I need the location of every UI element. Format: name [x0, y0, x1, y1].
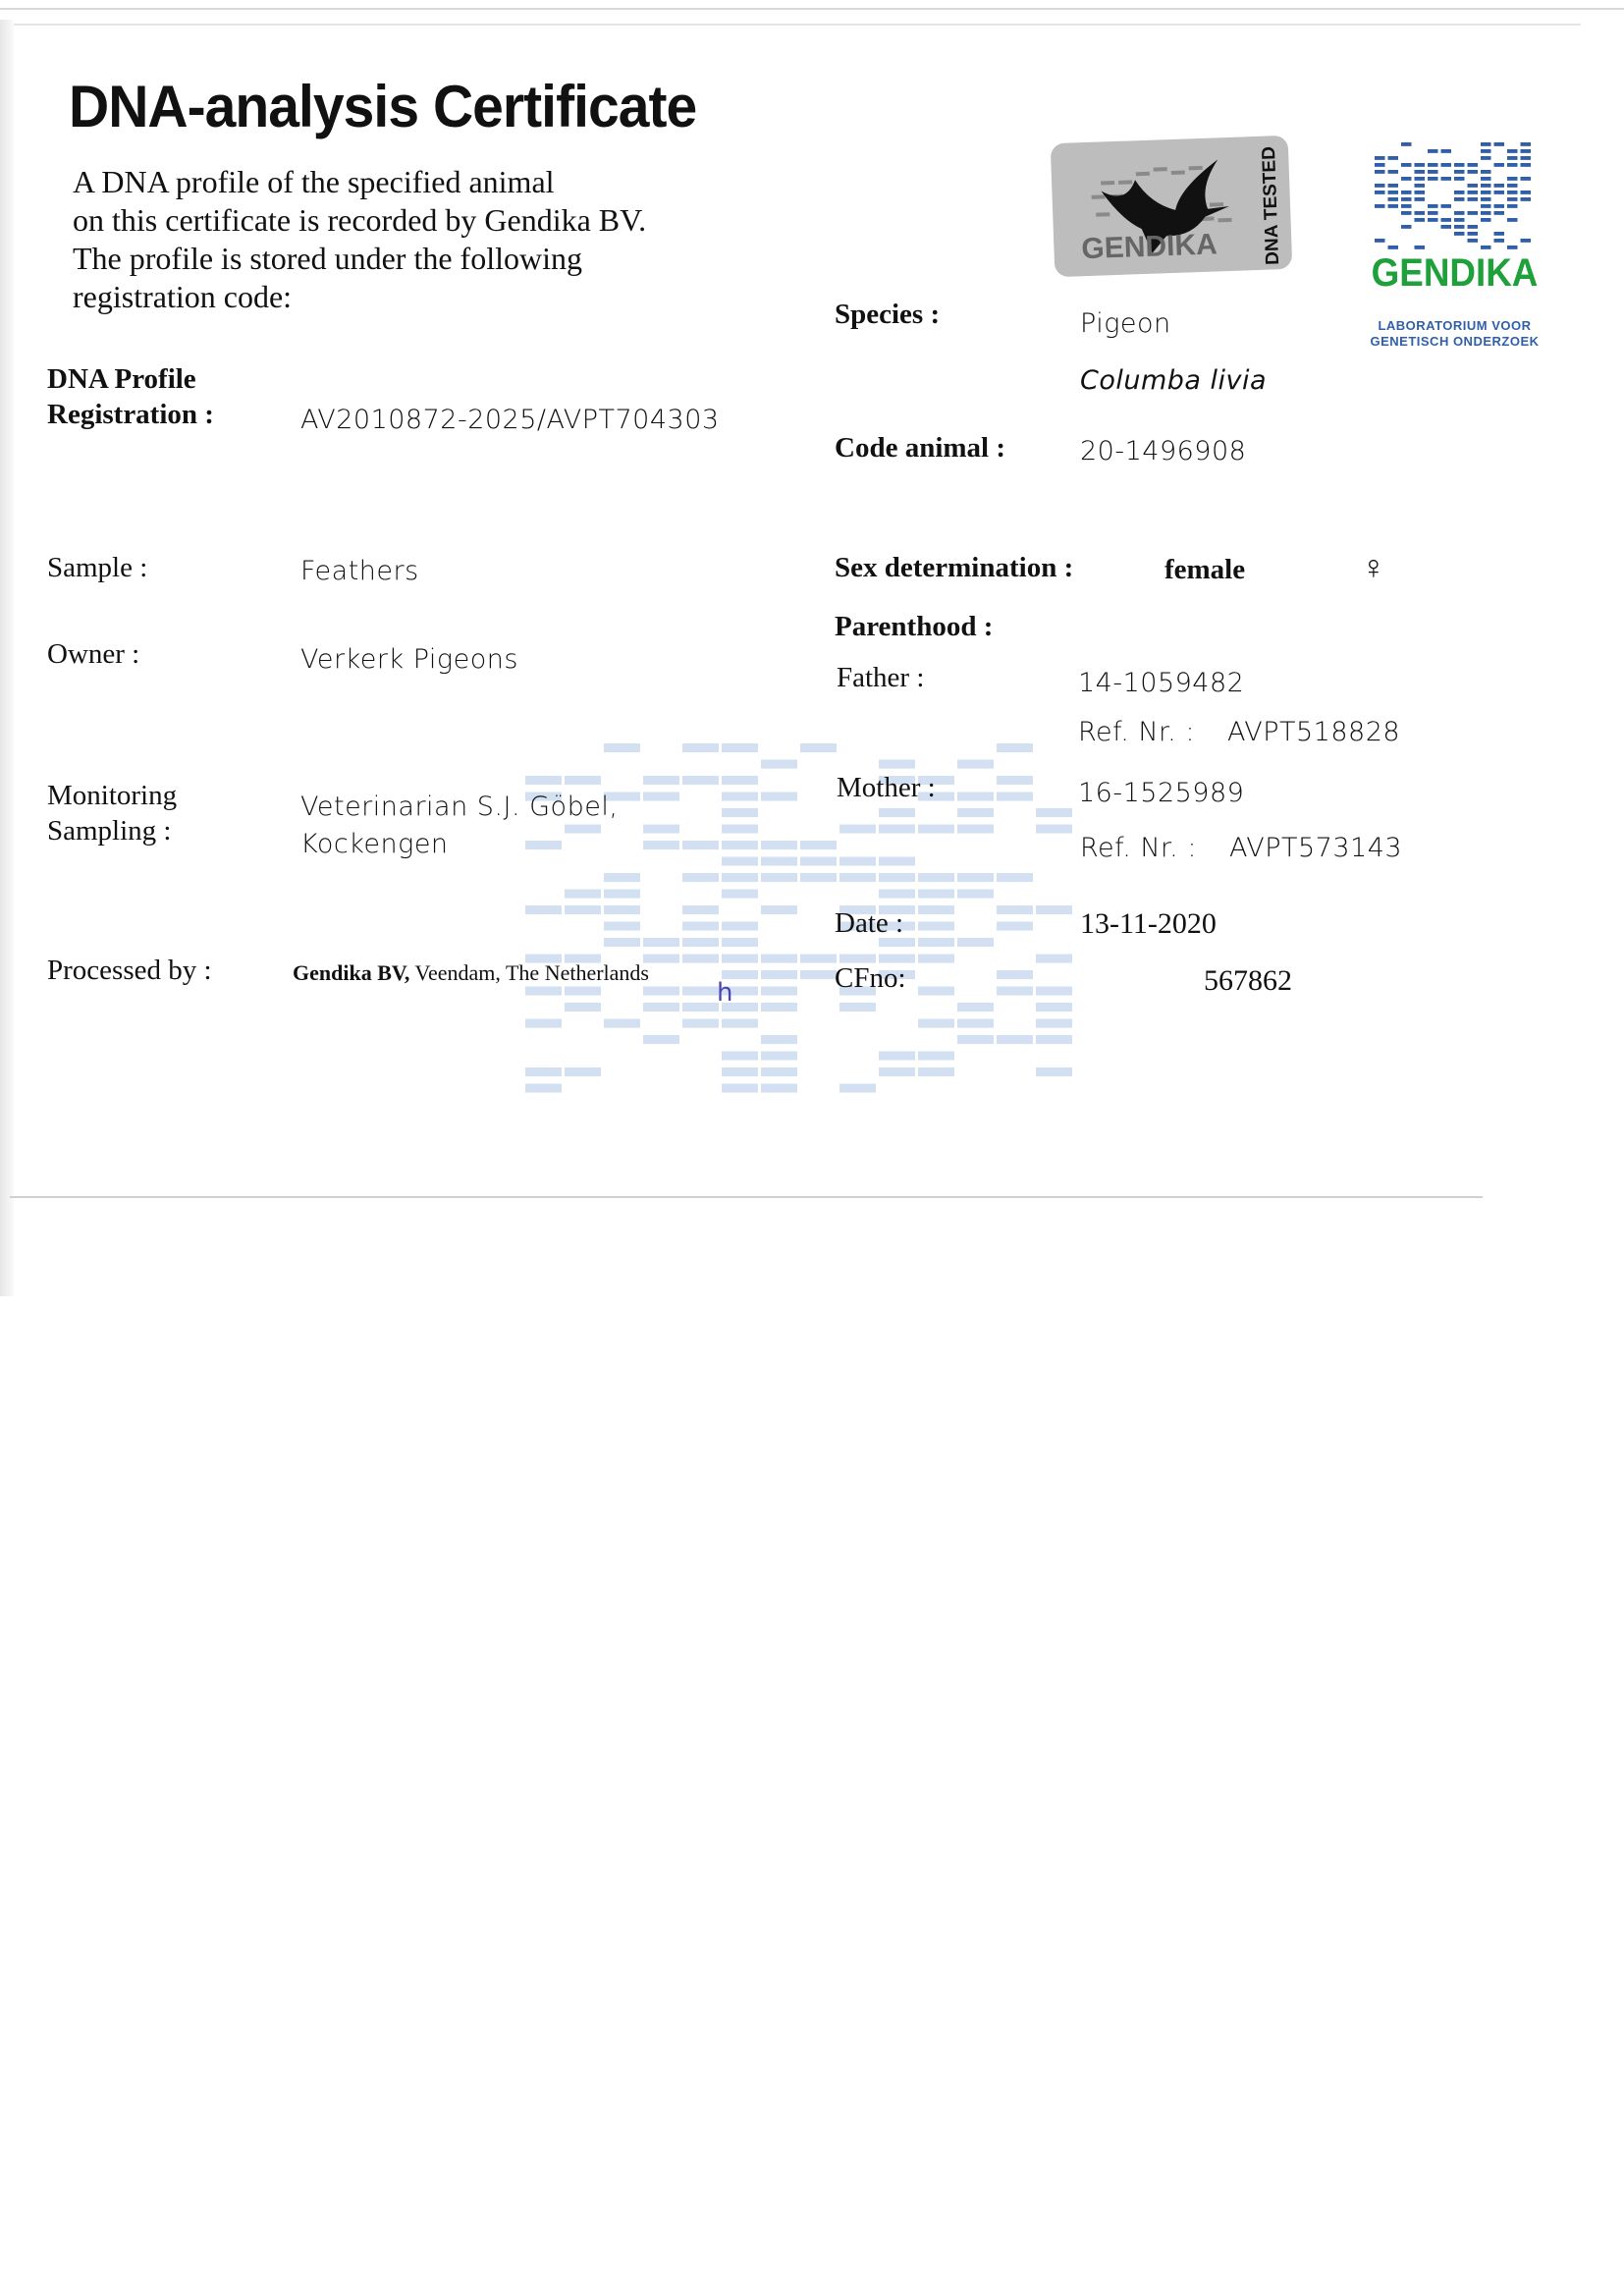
female-symbol-icon: ♀	[1361, 550, 1386, 587]
certificate-intro: A DNA profile of the specified animal on…	[73, 163, 780, 316]
registration-value: AV2010872-2025/AVPT704303	[300, 405, 720, 435]
mother-ref-label: Ref. Nr. :	[1080, 833, 1197, 863]
gendika-logo: GENDIKA LABORATORIUM VOOR GENETISCH ONDE…	[1364, 141, 1545, 338]
scan-edge-top	[0, 8, 1624, 10]
logo-name: GENDIKA	[1371, 251, 1538, 296]
processed-by-label: Processed by :	[47, 955, 212, 987]
date-label: Date :	[835, 907, 903, 940]
sample-label: Sample :	[47, 552, 147, 584]
code-animal-value: 20-1496908	[1080, 436, 1246, 466]
monitoring-label: Monitoring	[47, 780, 177, 812]
species-latin-value: Columba livia	[1080, 365, 1267, 396]
scan-edge-bottom	[10, 1196, 1483, 1198]
mother-value: 16-1525989	[1078, 778, 1244, 808]
sex-value: female	[1164, 554, 1245, 586]
father-label: Father :	[837, 662, 924, 694]
father-value: 14-1059482	[1078, 668, 1244, 698]
parenthood-label: Parenthood :	[835, 611, 993, 643]
logo-subtitle: LABORATORIUM VOOR GENETISCH ONDERZOEK	[1354, 318, 1555, 350]
handwritten-initial: h	[717, 978, 732, 1008]
dna-tested-sticker: GENDIKA DNA TESTED	[1051, 136, 1293, 277]
logo-subtitle-line: GENETISCH ONDERZOEK	[1354, 334, 1555, 350]
intro-line: The profile is stored under the followin…	[73, 240, 780, 278]
cfno-value: 567862	[1204, 964, 1292, 998]
sticker-brand: GENDIKA	[1081, 228, 1218, 266]
processed-by-value: Gendika BV, Veendam, The Netherlands	[293, 960, 649, 986]
sample-value: Feathers	[300, 556, 419, 586]
registration-label: Registration :	[47, 399, 214, 431]
processed-by-company: Gendika BV,	[293, 960, 409, 985]
logo-subtitle-line: LABORATORIUM VOOR	[1354, 318, 1555, 334]
father-ref-label: Ref. Nr. :	[1078, 717, 1195, 747]
mother-ref-value: AVPT573143	[1229, 833, 1402, 863]
monitoring-value: Veterinarian S.J. Göbel,	[300, 792, 618, 822]
sex-determination-label: Sex determination :	[835, 552, 1073, 584]
certificate-card: DNA-analysis Certificate A DNA profile o…	[14, 26, 1585, 1194]
certificate-title: DNA-analysis Certificate	[69, 73, 696, 140]
species-label: Species :	[835, 299, 940, 331]
father-ref-value: AVPT518828	[1227, 717, 1400, 747]
sampling-label: Sampling :	[47, 815, 171, 847]
intro-line: on this certificate is recorded by Gendi…	[73, 201, 780, 240]
owner-label: Owner :	[47, 638, 139, 671]
sticker-tag: DNA TESTED	[1259, 141, 1285, 270]
species-common-value: Pigeon	[1080, 308, 1171, 339]
intro-line: A DNA profile of the specified animal	[73, 163, 780, 201]
gendika-logo-icon	[1374, 141, 1536, 251]
dna-profile-label: DNA Profile	[47, 363, 196, 396]
date-value: 13-11-2020	[1080, 907, 1217, 941]
processed-by-location: Veendam, The Netherlands	[415, 960, 649, 985]
mother-label: Mother :	[837, 772, 936, 804]
monitoring-location: Kockengen	[300, 829, 449, 859]
intro-line: registration code:	[73, 278, 780, 316]
scan-edge-left	[0, 20, 14, 1296]
owner-value: Verkerk Pigeons	[300, 644, 518, 675]
code-animal-label: Code animal :	[835, 432, 1005, 465]
cfno-label: CFno:	[835, 962, 906, 995]
